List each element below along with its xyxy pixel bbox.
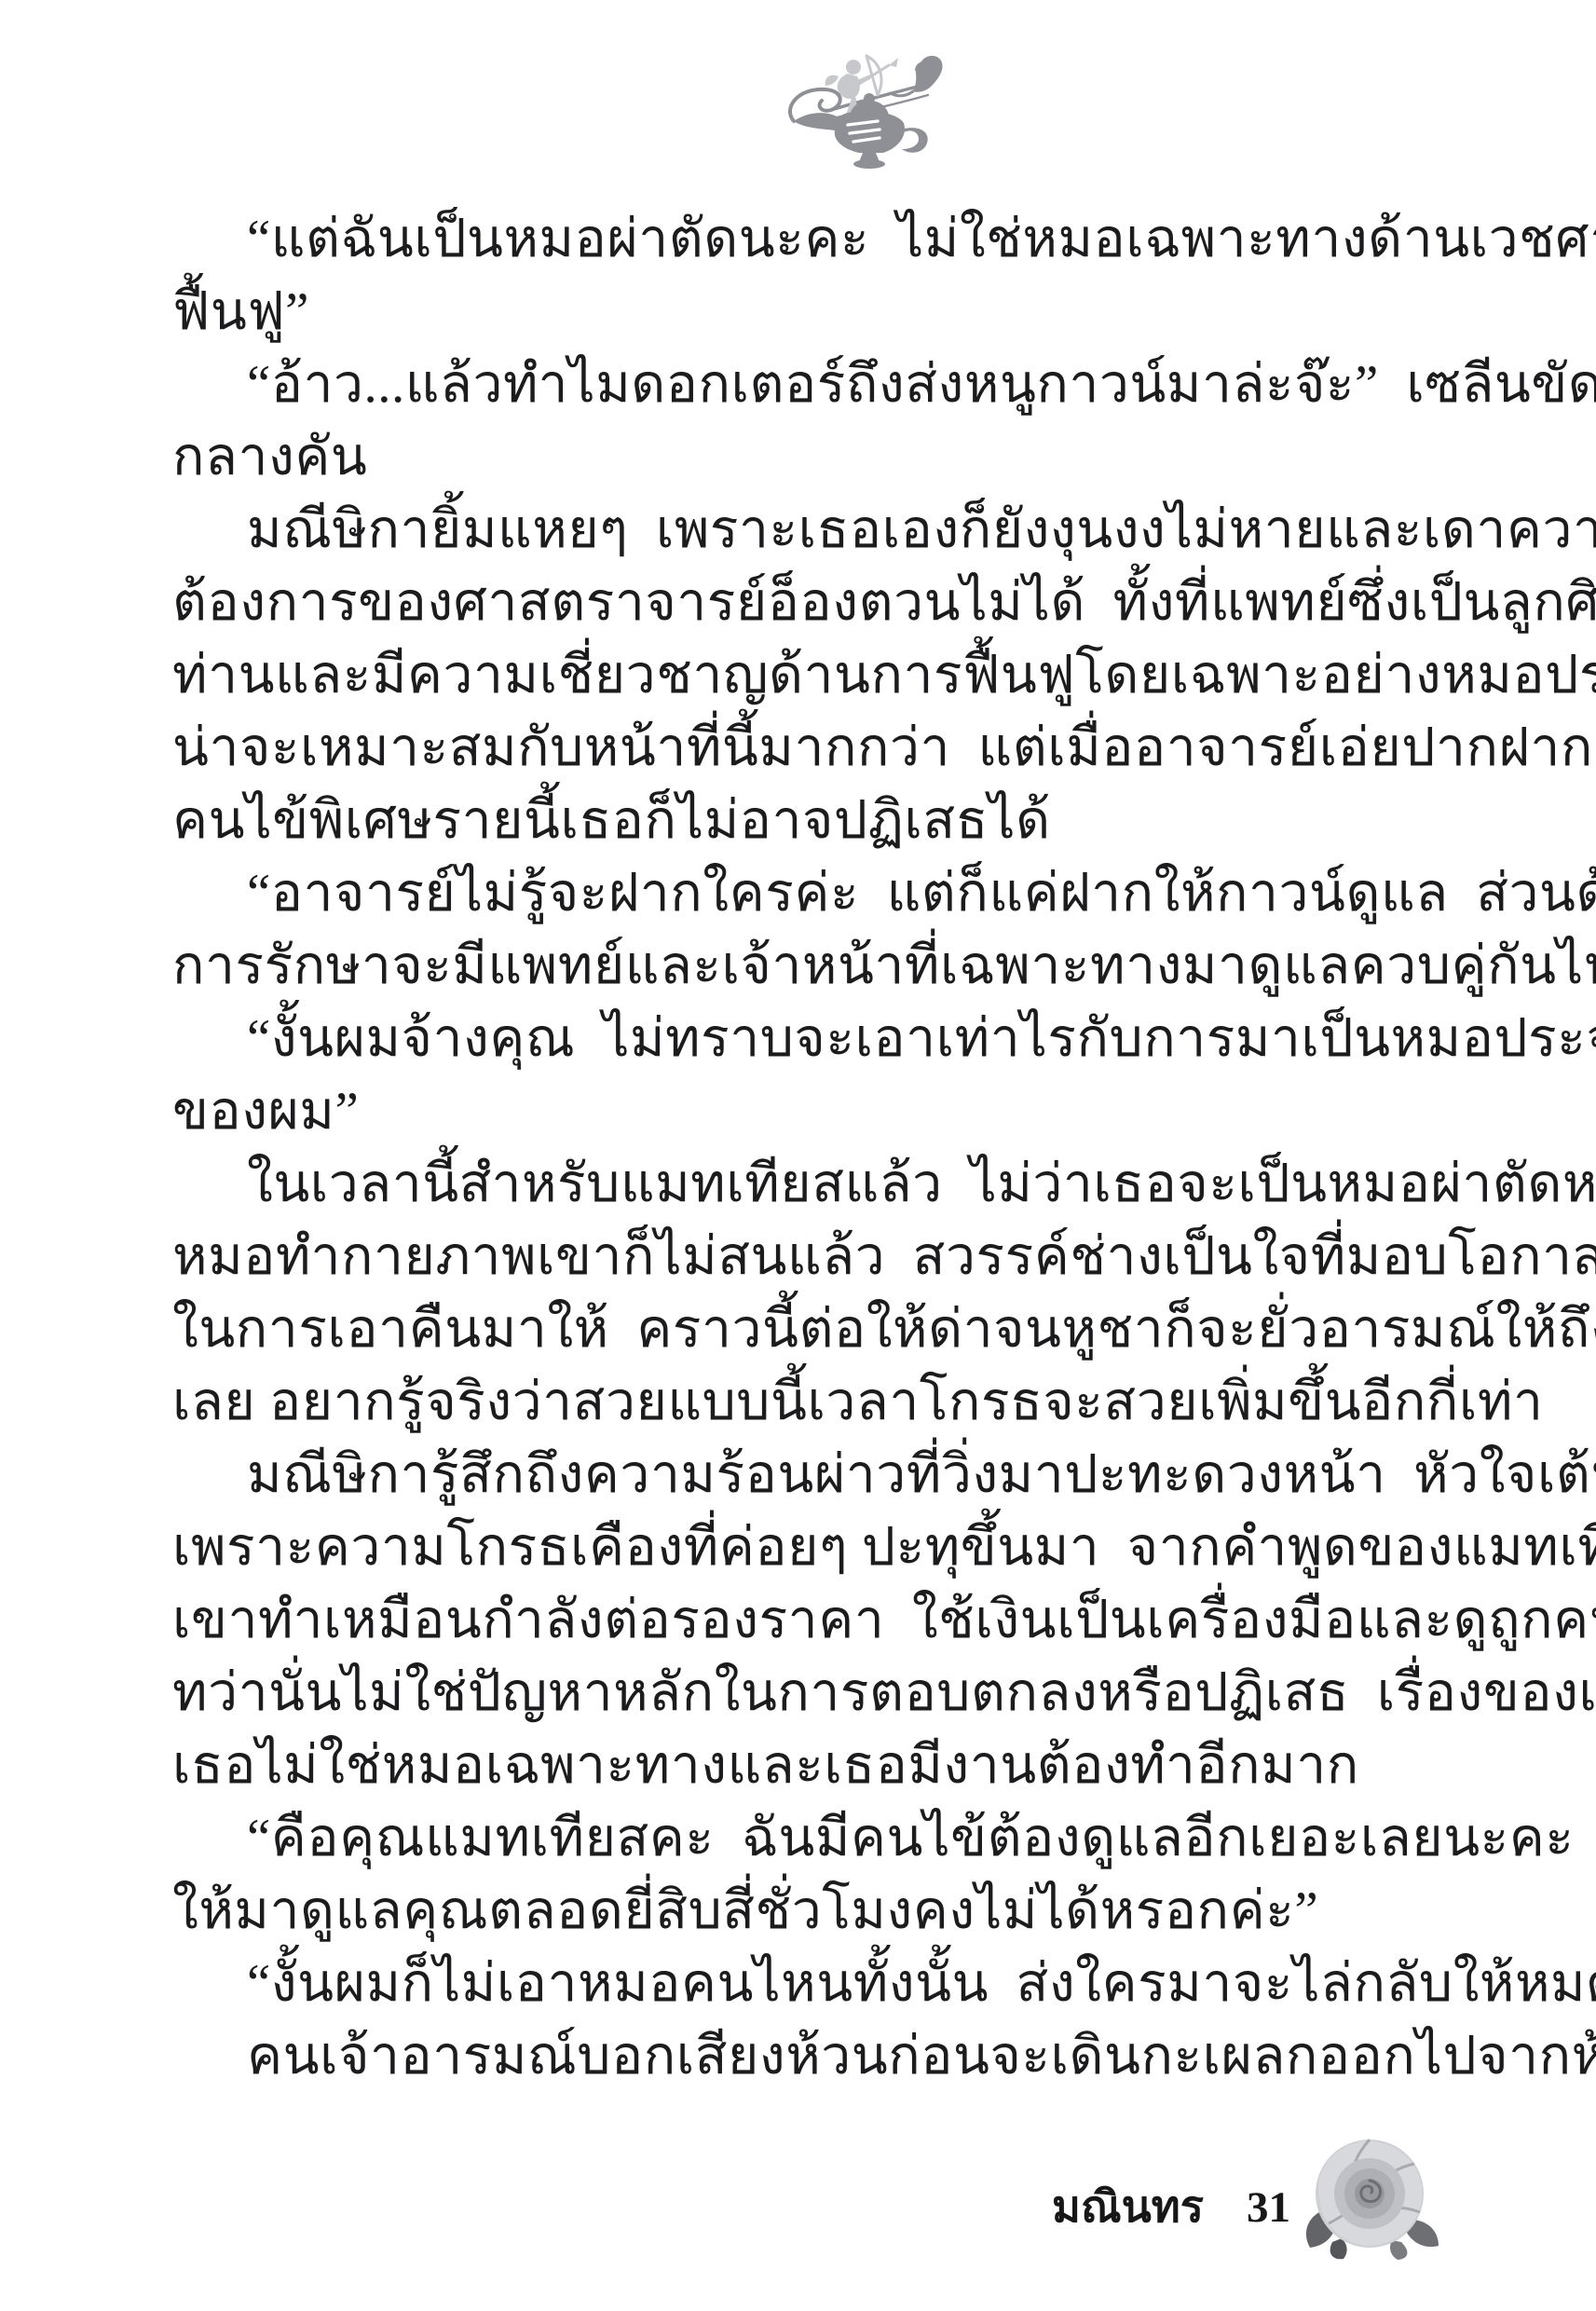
page-footer: มณินทร31 (172, 2171, 1290, 2291)
text-line: เขาทำเหมือนกำลังต่อรองราคา ใช้เงินเป็นเค… (172, 1584, 1439, 1657)
body-text: “แต่ฉันเป็นหมอผ่าตัดนะคะ ไม่ใช่หมอเฉพาะท… (172, 203, 1439, 2093)
text-line: กลางคัน (172, 421, 1439, 494)
text-line: “อ้าว...แล้วทำไมดอกเตอร์ถึงส่งหนูกาวน์มา… (172, 349, 1439, 421)
text-line: การรักษาจะมีแพทย์และเจ้าหน้าที่เฉพาะทางม… (172, 930, 1439, 1003)
text-line: น่าจะเหมาะสมกับหน้าที่นี้มากกว่า แต่เมื่… (172, 712, 1439, 785)
book-page: “แต่ฉันเป็นหมอผ่าตัดนะคะ ไม่ใช่หมอเฉพาะท… (0, 0, 1596, 2311)
cupid-genie-lamp-ornament-icon (781, 52, 952, 170)
text-line: “งั้นผมจ้างคุณ ไม่ทราบจะเอาเท่าไรกับการม… (172, 1003, 1439, 1075)
text-line: “อาจารย์ไม่รู้จะฝากใครค่ะ แต่ก็แค่ฝากให้… (172, 857, 1439, 930)
text-line: ในการเอาคืนมาให้ คราวนี้ต่อให้ด่าจนหูชาก… (172, 1293, 1439, 1366)
text-line: ต้องการของศาสตราจารย์อ็องตวนไม่ได้ ทั้งท… (172, 567, 1439, 639)
text-line: ทว่านั่นไม่ใช่ปัญหาหลักในการตอบตกลงหรือป… (172, 1657, 1439, 1730)
text-line: ในเวลานี้สำหรับแมทเทียสแล้ว ไม่ว่าเธอจะเ… (172, 1148, 1439, 1221)
text-line: ท่านและมีความเชี่ยวชาญด้านการฟื้นฟูโดยเฉ… (172, 639, 1439, 712)
bow-and-arrow (859, 56, 889, 95)
text-line: มณีษิกายิ้มแหยๆ เพราะเธอเองก็ยังงุนงงไม่… (172, 494, 1439, 567)
text-line: ฟื้นฟู” (172, 276, 1439, 349)
text-line: ของผม” (172, 1075, 1439, 1148)
text-line: ให้มาดูแลคุณตลอดยี่สิบสี่ชั่วโมงคงไม่ได้… (172, 1875, 1439, 1948)
text-line: เพราะความโกรธเคืองที่ค่อยๆ ปะทุขึ้นมา จา… (172, 1511, 1439, 1584)
text-line: เลย อยากรู้จริงว่าสวยแบบนี้เวลาโกรธจะสวย… (172, 1366, 1439, 1439)
text-line: หมอทำกายภาพเขาก็ไม่สนแล้ว สวรรค์ช่างเป็น… (172, 1221, 1439, 1293)
rose-icon (1301, 2123, 1442, 2261)
text-line: “คือคุณแมทเทียสคะ ฉันมีคนไข้ต้องดูแลอีกเ… (172, 1802, 1439, 1875)
text-line: มณีษิการู้สึกถึงความร้อนผ่าวที่วิ่งมาปะท… (172, 1439, 1439, 1511)
page-number: 31 (1247, 2183, 1290, 2232)
text-line: คนไข้พิเศษรายนี้เธอก็ไม่อาจปฏิเสธได้ (172, 785, 1439, 857)
genie-lamp (794, 93, 928, 169)
text-line: “แต่ฉันเป็นหมอผ่าตัดนะคะ ไม่ใช่หมอเฉพาะท… (172, 203, 1439, 276)
book-title: มณินทร (1052, 2183, 1204, 2232)
text-line: เธอไม่ใช่หมอเฉพาะทางและเธอมีงานต้องทำอีก… (172, 1730, 1439, 1802)
text-line: “งั้นผมก็ไม่เอาหมอคนไหนทั้งนั้น ส่งใครมา… (172, 1948, 1439, 2020)
text-line: คนเจ้าอารมณ์บอกเสียงห้วนก่อนจะเดินกะเผลก… (172, 2020, 1439, 2093)
